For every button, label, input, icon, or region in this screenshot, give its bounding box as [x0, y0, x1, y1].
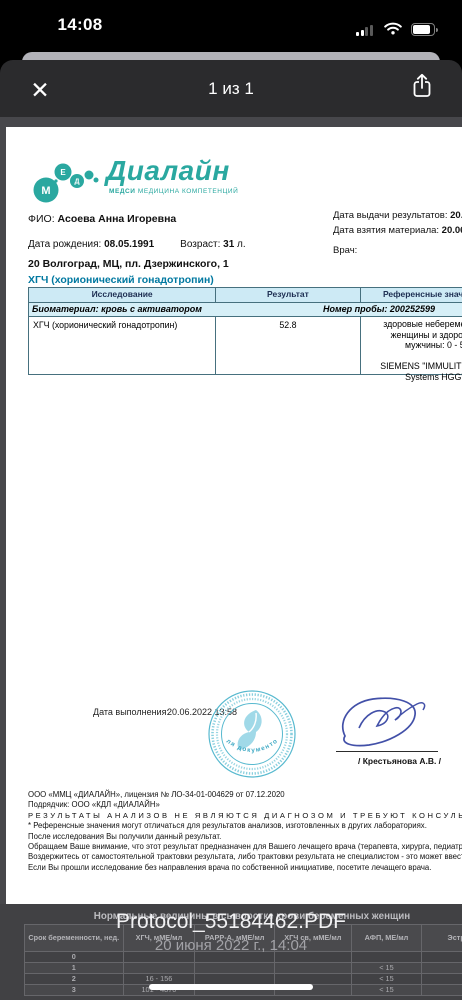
file-name: Protocol_55184462.PDF	[0, 910, 462, 934]
svg-text:М: М	[41, 185, 50, 197]
column-header: Результат	[215, 288, 359, 302]
clinic-stamp-icon: Для документов	[206, 688, 298, 780]
legal-text-block: ООО «ММЦ «ДИАЛАЙН», лицензия № ЛО-34-01-…	[28, 790, 462, 873]
file-date: 20 июня 2022 г., 14:04	[0, 937, 462, 954]
patient-name-row: ФИО: Асоева Анна Игоревна	[28, 213, 176, 225]
signature-line	[336, 751, 438, 752]
column-header: Исследование	[29, 288, 215, 302]
share-button[interactable]	[410, 72, 444, 108]
test-result: 52.8	[215, 317, 359, 374]
doctor-row: Врач:	[333, 245, 357, 256]
svg-text:Д: Д	[75, 179, 80, 186]
battery-icon	[411, 23, 438, 36]
table-row: 2 16 - 156 < 15	[25, 973, 462, 984]
iphone-screen: 14:08 ✕ 1 из 1	[0, 0, 462, 1000]
document-scroll-area[interactable]: М Е Д Диалайн МЕДСИ МЕДИЦИНА КОМПЕТЕНЦИЙ…	[0, 117, 462, 1000]
test-name: ХГЧ (хорионический гонадотропин)	[29, 317, 215, 374]
file-info-overlay: Нормальные величины в сыворотке крови бе…	[0, 904, 462, 1000]
status-bar: 14:08	[0, 0, 462, 50]
svg-text:Е: Е	[60, 168, 66, 177]
brand-wordmark: Диалайн	[106, 155, 230, 187]
doctor-signature	[329, 690, 443, 754]
document-page: М Е Д Диалайн МЕДСИ МЕДИЦИНА КОМПЕТЕНЦИЙ…	[6, 127, 462, 1000]
birthdate-age-row: Дата рождения: 08.05.1991Возраст: 31 л.	[28, 239, 246, 250]
result-row: ХГЧ (хорионический гонадотропин) 52.8 зд…	[29, 316, 462, 374]
result-issue-date-row: Дата выдачи результатов: 20.06	[333, 210, 462, 221]
wifi-icon	[384, 22, 402, 35]
results-table-header: Исследование Результат Референсные значе…	[29, 288, 462, 302]
column-header: Референсные значения*	[360, 288, 462, 302]
performed-date-label: Дата выполнения:	[93, 707, 169, 717]
dialain-logo-bubbles-icon: М Е Д	[32, 161, 110, 205]
document-preview-header: ✕ 1 из 1	[0, 60, 462, 117]
reference-values: здоровые небеременные женщины и здоровые…	[360, 317, 462, 374]
home-indicator[interactable]	[149, 984, 313, 990]
material-date-row: Дата взятия материала: 20.06.2	[333, 225, 462, 236]
results-table: Исследование Результат Референсные значе…	[28, 287, 462, 375]
clinic-address: 20 Волгоград, МЦ, пл. Дзержинского, 1	[28, 258, 229, 270]
share-icon	[410, 72, 434, 102]
section-title: ХГЧ (хорионический гонадотропин)	[28, 274, 214, 286]
biomaterial-row: Биоматериал: кровь с активатором Номер п…	[29, 302, 462, 316]
brand-tagline: МЕДСИ МЕДИЦИНА КОМПЕТЕНЦИЙ	[109, 188, 238, 195]
cellular-signal-icon	[356, 24, 376, 36]
table-row: 1 < 15	[25, 962, 462, 973]
page-indicator: 1 из 1	[0, 60, 462, 117]
signature-name: / Крестьянова А.В. /	[358, 756, 441, 766]
clock-label: 14:08	[40, 15, 120, 35]
